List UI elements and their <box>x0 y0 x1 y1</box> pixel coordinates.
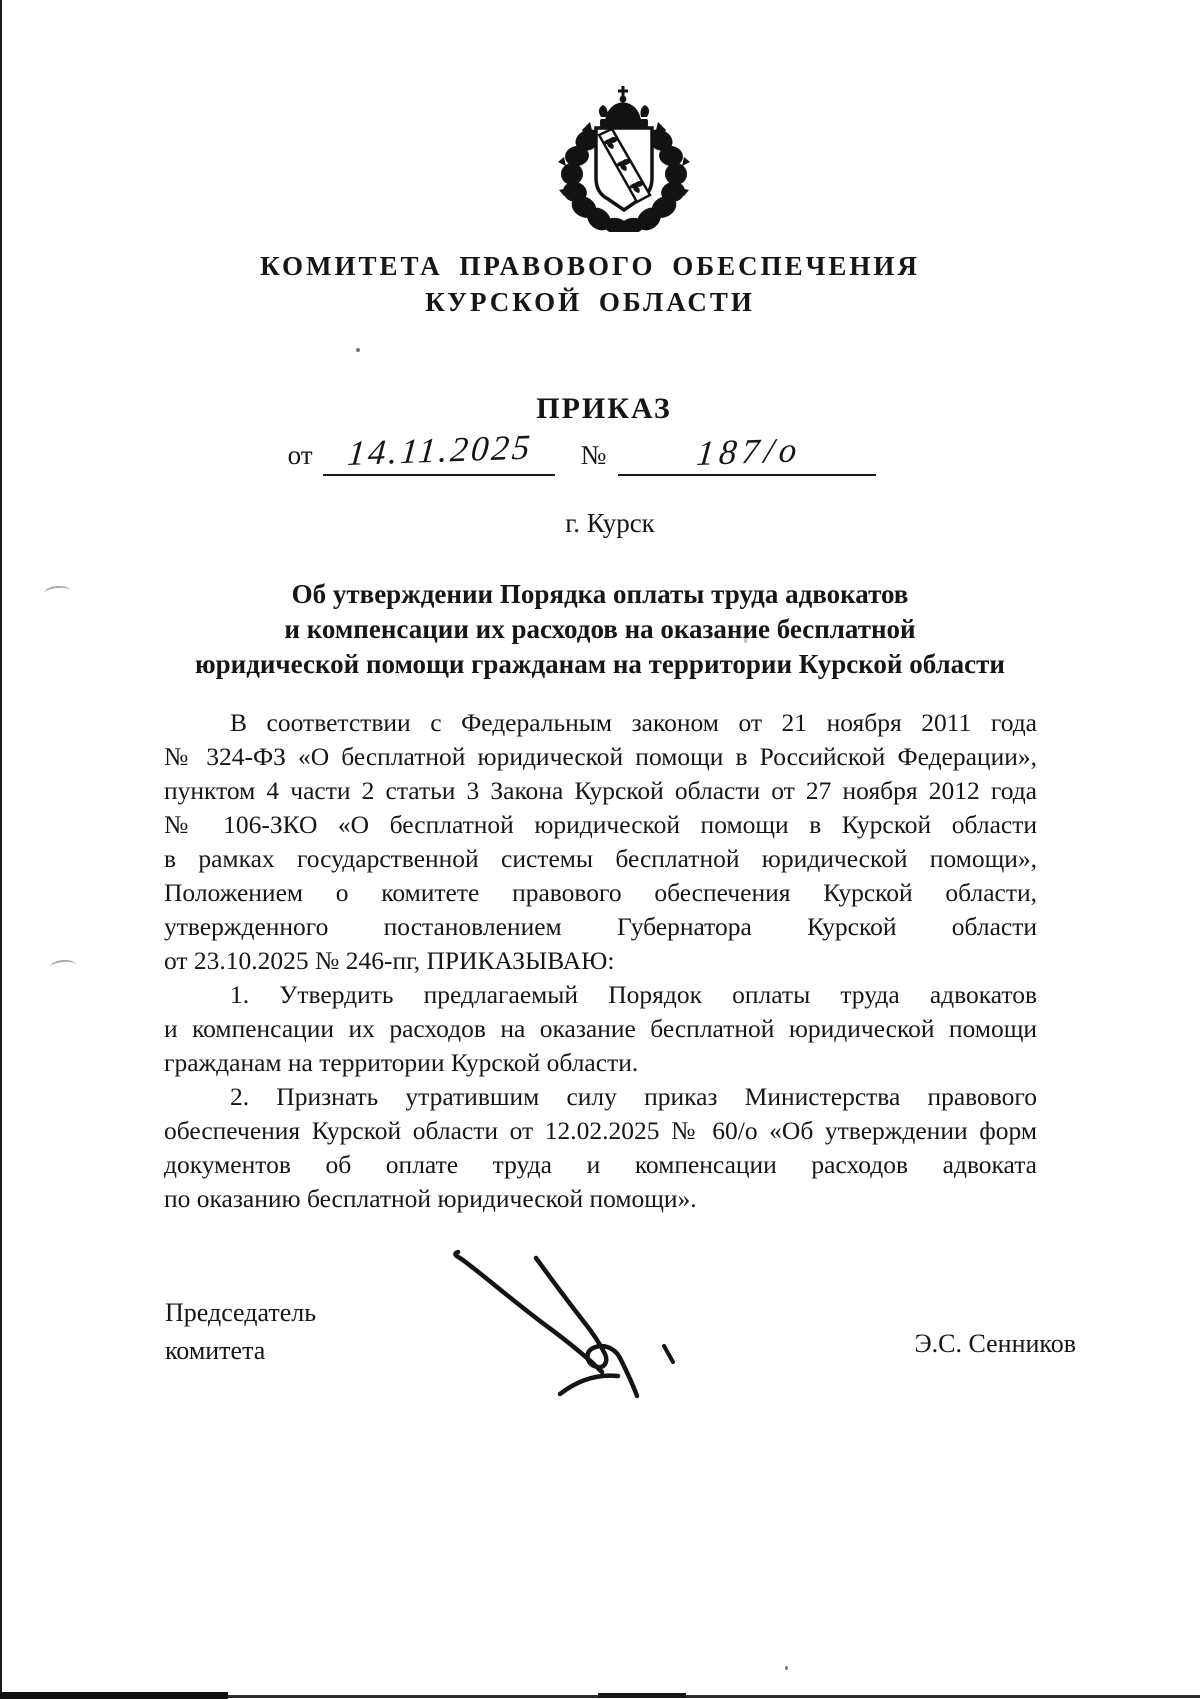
scan-mark-tilde <box>49 959 76 974</box>
handwritten-signature <box>412 1236 692 1411</box>
body-line: и компенсации их расходов на оказание бе… <box>164 1012 1037 1046</box>
number-handwritten-value: 187/о <box>695 430 803 474</box>
signatory-post-line1: Председатель <box>165 1296 316 1330</box>
document-body: В соответствии с Федеральным законом от … <box>164 706 1037 1216</box>
org-name-line1-text: КОМИТЕТА ПРАВОВОГО ОБЕСПЕЧЕНИЯ <box>260 251 920 281</box>
number-field: 187/о <box>618 424 876 476</box>
org-name-line2: КУРСКОЙ ОБЛАСТИ <box>0 285 1180 319</box>
body-line: 1. Утвердить предлагаемый Порядок оплаты… <box>164 978 1037 1012</box>
body-line: пунктом 4 части 2 статьи 3 Закона Курско… <box>164 774 1037 808</box>
body-line: в рамках государственной системы бесплат… <box>164 842 1037 876</box>
scan-edge-bottom-segment <box>0 1692 228 1699</box>
body-line: 2. Признать утратившим силу приказ Минис… <box>164 1080 1037 1114</box>
scan-speck <box>785 1666 788 1670</box>
scan-edge-bottom-segment <box>598 1693 686 1698</box>
signatory-name: Э.С. Сенников <box>914 1327 1076 1361</box>
body-line: от 23.10.2025 № 246-пг, ПРИКАЗЫВАЮ: <box>164 944 1037 978</box>
city-text: г. Курск <box>565 508 655 538</box>
title-line-1: Об утверждении Порядка оплаты труда адво… <box>10 577 1190 612</box>
signatory-post-line2-text: комитета <box>165 1336 265 1365</box>
city-line: г. Курск <box>20 508 1200 539</box>
org-name-line2-text: КУРСКОЙ ОБЛАСТИ <box>425 287 755 317</box>
scanned-document-page: { "document": { "org_line1": "КОМИТЕТА П… <box>0 0 1200 1699</box>
date-number-row: от 14.11.2025 № 187/о <box>0 424 1164 476</box>
body-line: Положением о комитете правового обеспече… <box>164 876 1037 910</box>
paragraph-point-2: 2. Признать утратившим силу приказ Минис… <box>164 1080 1037 1216</box>
kursk-oblast-coat-of-arms <box>552 84 696 232</box>
body-line: № 106-ЗКО «О бесплатной юридической помо… <box>164 808 1037 842</box>
signatory-post-line1-text: Председатель <box>165 1298 316 1327</box>
body-line: обеспечения Курской области от 12.02.202… <box>164 1114 1037 1148</box>
document-title: Об утверждении Порядка оплаты труда адво… <box>10 577 1190 682</box>
date-label: от <box>288 434 313 476</box>
doc-type-heading: ПРИКАЗ <box>14 392 1194 426</box>
paragraph-preamble: В соответствии с Федеральным законом от … <box>164 706 1037 978</box>
body-line: В соответствии с Федеральным законом от … <box>164 706 1037 740</box>
scan-speck <box>356 348 360 352</box>
signatory-post-line2: комитета <box>165 1334 265 1368</box>
signatory-name-text: Э.С. Сенников <box>914 1329 1076 1358</box>
date-field: 14.11.2025 <box>323 424 555 476</box>
coat-of-arms-graphic <box>552 84 696 232</box>
title-line-2: и компенсации их расходов на оказание бе… <box>10 612 1190 647</box>
body-line: документов об оплате труда и компенсации… <box>164 1148 1037 1182</box>
body-line: по оказанию бесплатной юридической помощ… <box>164 1182 1037 1216</box>
body-line: утвержденного постановлением Губернатора… <box>164 910 1037 944</box>
body-line: № 324-ФЗ «О бесплатной юридической помощ… <box>164 740 1037 774</box>
doc-type-text: ПРИКАЗ <box>536 392 672 425</box>
title-line-3: юридической помощи гражданам на территор… <box>10 647 1190 682</box>
number-label: № <box>581 434 607 476</box>
org-name-line1: КОМИТЕТА ПРАВОВОГО ОБЕСПЕЧЕНИЯ <box>0 249 1180 283</box>
signature-strokes <box>412 1236 692 1411</box>
date-handwritten-value: 14.11.2025 <box>346 427 534 474</box>
paragraph-point-1: 1. Утвердить предлагаемый Порядок оплаты… <box>164 978 1037 1080</box>
body-line: гражданам на территории Курской области. <box>164 1046 1037 1080</box>
